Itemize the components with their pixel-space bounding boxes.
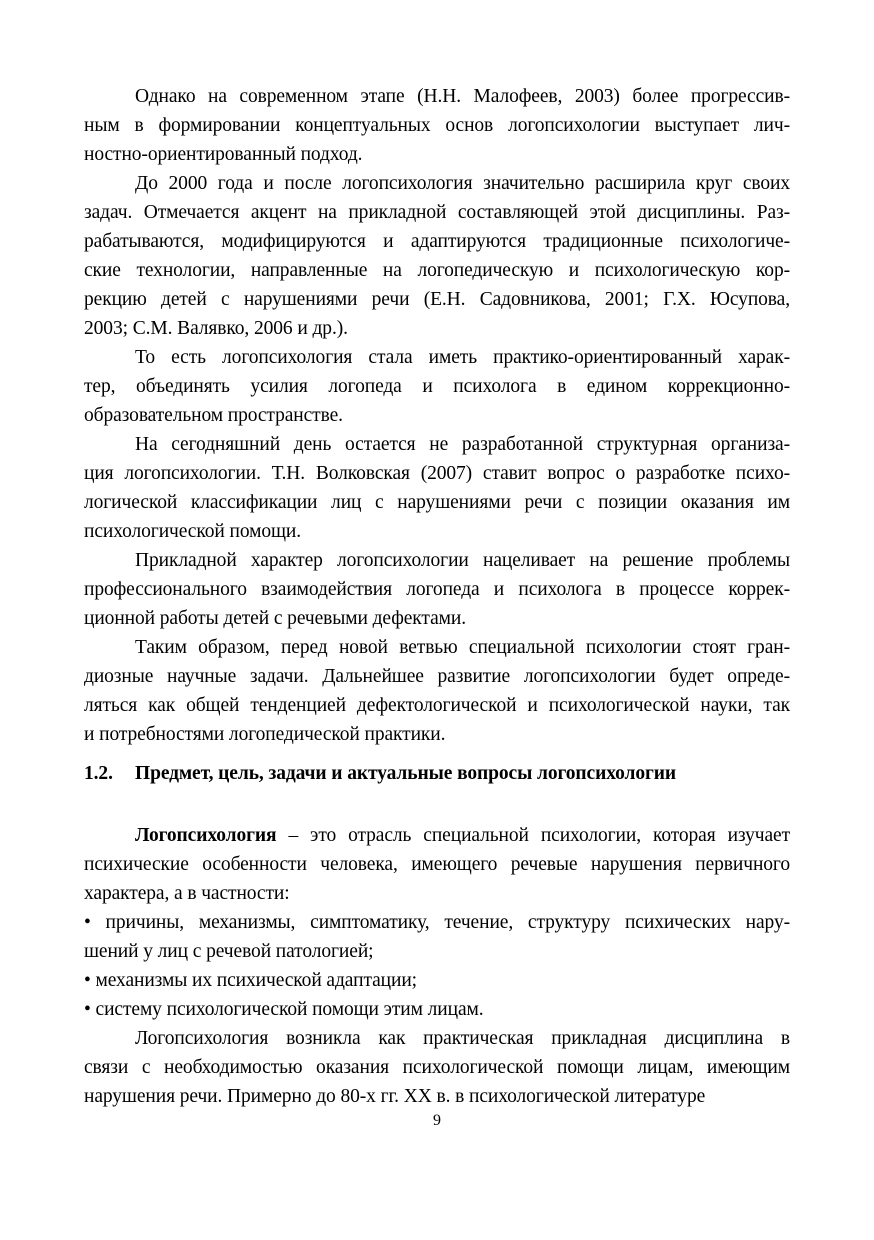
bullet-item: • причины, механизмы, симптоматику, тече… — [84, 908, 790, 966]
text-line: профессионального взаимодействия логопед… — [84, 575, 790, 604]
heading-number: 1.2. — [84, 759, 135, 788]
text-line: задач. Отмечается акцент на прикладной с… — [84, 198, 790, 227]
paragraph: То есть логопсихология стала иметь практ… — [84, 343, 790, 430]
document-page: Однако на современном этапе (Н.Н. Малофе… — [0, 0, 874, 1240]
bullet-item: • механизмы их психической адаптации; — [84, 966, 790, 995]
text-line: ционной работы детей с речевыми дефектам… — [84, 604, 790, 633]
text-line: образовательном пространстве. — [84, 401, 790, 430]
text-line: • механизмы их психической адаптации; — [84, 966, 790, 995]
bullet-icon: • — [84, 970, 96, 991]
text-block: Однако на современном этапе (Н.Н. Малофе… — [84, 82, 790, 1111]
text-line: психологической помощи. — [84, 517, 790, 546]
text-line: нарушения речи. Примерно до 80-х гг. XX … — [84, 1082, 790, 1111]
text-line: психические особенности человека, имеюще… — [84, 850, 790, 879]
text-line: логической классификации лиц с нарушения… — [84, 488, 790, 517]
page-number: 9 — [84, 1113, 790, 1129]
text-line: Прикладной характер логопсихологии нацел… — [84, 546, 790, 575]
bullet-item: • систему психологической помощи этим ли… — [84, 995, 790, 1024]
paragraph: Логопсихология – это отрасль специальной… — [84, 821, 790, 908]
text-line: связи с необходимостью оказания психолог… — [84, 1053, 790, 1082]
text-line: То есть логопсихология стала иметь практ… — [84, 343, 790, 372]
text-line: рабатываются, модифицируются и адаптирую… — [84, 227, 790, 256]
text-line: ские технологии, направленные на логопед… — [84, 256, 790, 285]
heading-text: Предмет, цель, задачи и актуальные вопро… — [135, 763, 676, 784]
text-line: шений у лиц с речевой патологией; — [84, 937, 790, 966]
text-line: Таким образом, перед новой ветвью специа… — [84, 633, 790, 662]
text-line: Логопсихология – это отрасль специальной… — [84, 821, 790, 850]
text-line: На сегодняшний день остается не разработ… — [84, 430, 790, 459]
text-line: • систему психологической помощи этим ли… — [84, 995, 790, 1024]
paragraph: Однако на современном этапе (Н.Н. Малофе… — [84, 82, 790, 169]
text-line: характера, а в частности: — [84, 879, 790, 908]
text-line: До 2000 года и после логопсихология знач… — [84, 169, 790, 198]
text-line: Однако на современном этапе (Н.Н. Малофе… — [84, 82, 790, 111]
bullet-icon: • — [84, 912, 106, 933]
text-line: рекцию детей с нарушениями речи (Е.Н. Са… — [84, 285, 790, 314]
paragraph: На сегодняшний день остается не разработ… — [84, 430, 790, 546]
paragraph: Таким образом, перед новой ветвью специа… — [84, 633, 790, 749]
text-line: ностно-ориентированный подход. — [84, 140, 790, 169]
text-line: • причины, механизмы, симптоматику, тече… — [84, 908, 790, 937]
text-line: ляться как общей тенденцией дефектологич… — [84, 691, 790, 720]
text-line: ция логопсихологии. Т.Н. Волковская (200… — [84, 459, 790, 488]
text-line: ным в формировании концептуальных основ … — [84, 111, 790, 140]
text-line: Логопсихология возникла как практическая… — [84, 1024, 790, 1053]
text-line: 2003; С.М. Валявко, 2006 и др.). — [84, 314, 790, 343]
text-line: тер, объединять усилия логопеда и психол… — [84, 372, 790, 401]
section-heading: 1.2.Предмет, цель, задачи и актуальные в… — [84, 759, 790, 788]
text-line: диозные научные задачи. Дальнейшее разви… — [84, 662, 790, 691]
paragraph: Прикладной характер логопсихологии нацел… — [84, 546, 790, 633]
bullet-icon: • — [84, 999, 96, 1020]
bold-term: Логопсихология — [135, 825, 276, 846]
paragraph: До 2000 года и после логопсихология знач… — [84, 169, 790, 343]
paragraph: Логопсихология возникла как практическая… — [84, 1024, 790, 1111]
text-line: и потребностями логопедической практики. — [84, 720, 790, 749]
